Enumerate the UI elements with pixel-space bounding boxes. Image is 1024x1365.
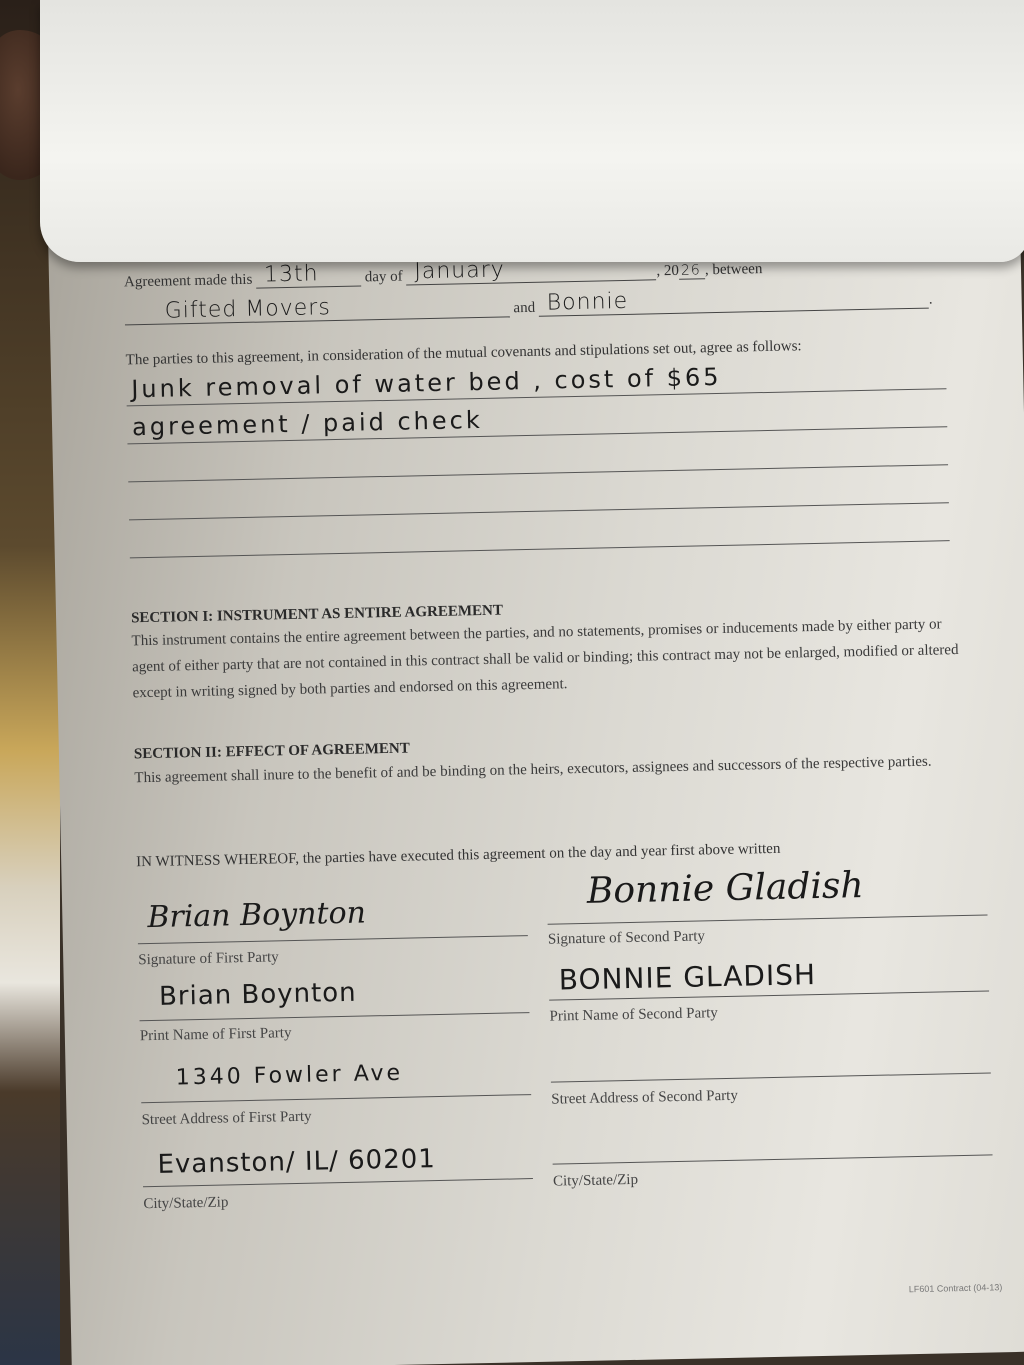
second-party-city-line: [553, 1154, 993, 1164]
intro-prefix: Agreement made this: [124, 272, 253, 291]
first-party-city[interactable]: Evanston/ IL/ 60201: [157, 1144, 436, 1180]
form-code: LF601 Contract (04-13): [909, 1282, 1003, 1294]
second-party-city-label: City/State/Zip: [553, 1172, 638, 1191]
terms-line-1[interactable]: Junk removal of water bed , cost of $65: [131, 363, 722, 403]
second-party-print-label: Print Name of Second Party: [549, 1005, 718, 1026]
day-field[interactable]: 13th: [256, 265, 361, 288]
witness-statement: IN WITNESS WHEREOF, the parties have exe…: [136, 841, 781, 871]
between-label: , between: [705, 261, 763, 278]
first-party-print-line: [140, 1012, 530, 1021]
month-field[interactable]: January: [406, 259, 656, 285]
second-party-print-name[interactable]: BONNIE GLADISH: [558, 958, 816, 996]
day-of-label: day of: [365, 269, 403, 286]
first-party-city-line: [143, 1178, 533, 1187]
first-party-city-label: City/State/Zip: [143, 1194, 228, 1213]
second-party-signature-line: [548, 914, 988, 924]
first-party-field[interactable]: Gifted Movers: [125, 296, 510, 325]
year-prefix: , 20: [656, 263, 679, 279]
terms-rule-4: [129, 502, 949, 520]
terms-rule-5: [130, 540, 950, 558]
first-party-street[interactable]: 1340 Fowler Ave: [175, 1061, 403, 1091]
first-party-value: Gifted Movers: [164, 295, 331, 323]
second-party-street-line: [551, 1072, 991, 1082]
day-value: 13th: [264, 261, 319, 287]
first-party-street-line: [141, 1094, 531, 1103]
second-party-value: Bonnie: [547, 289, 629, 316]
section-1-body: This instrument contains the entire agre…: [131, 611, 962, 706]
second-party-signature-label: Signature of Second Party: [548, 928, 705, 948]
second-party-field[interactable]: Bonnie: [539, 288, 929, 317]
first-party-signature-label: Signature of First Party: [138, 949, 279, 969]
first-party-street-label: Street Address of First Party: [141, 1109, 311, 1130]
first-party-signature-line: [138, 935, 528, 944]
agreement-date-line: Agreement made this 13th day of January,…: [124, 257, 763, 291]
first-party-print-name[interactable]: Brian Boynton: [159, 978, 357, 1012]
contract-page: Agreement made this 13th day of January,…: [48, 212, 1024, 1365]
terms-line-2[interactable]: agreement / paid check: [132, 406, 483, 441]
terms-rule-3: [128, 464, 948, 482]
folded-previous-page: [40, 0, 1024, 262]
first-party-signature[interactable]: Brian Boynton: [147, 895, 366, 935]
first-party-print-label: Print Name of First Party: [140, 1025, 292, 1045]
parties-line: Gifted Movers and Bonnie.: [125, 287, 933, 325]
second-party-signature[interactable]: Bonnie Gladish: [586, 865, 864, 912]
and-label: and: [513, 300, 535, 316]
year-value: 26: [681, 262, 701, 278]
second-party-street-label: Street Address of Second Party: [551, 1088, 738, 1109]
